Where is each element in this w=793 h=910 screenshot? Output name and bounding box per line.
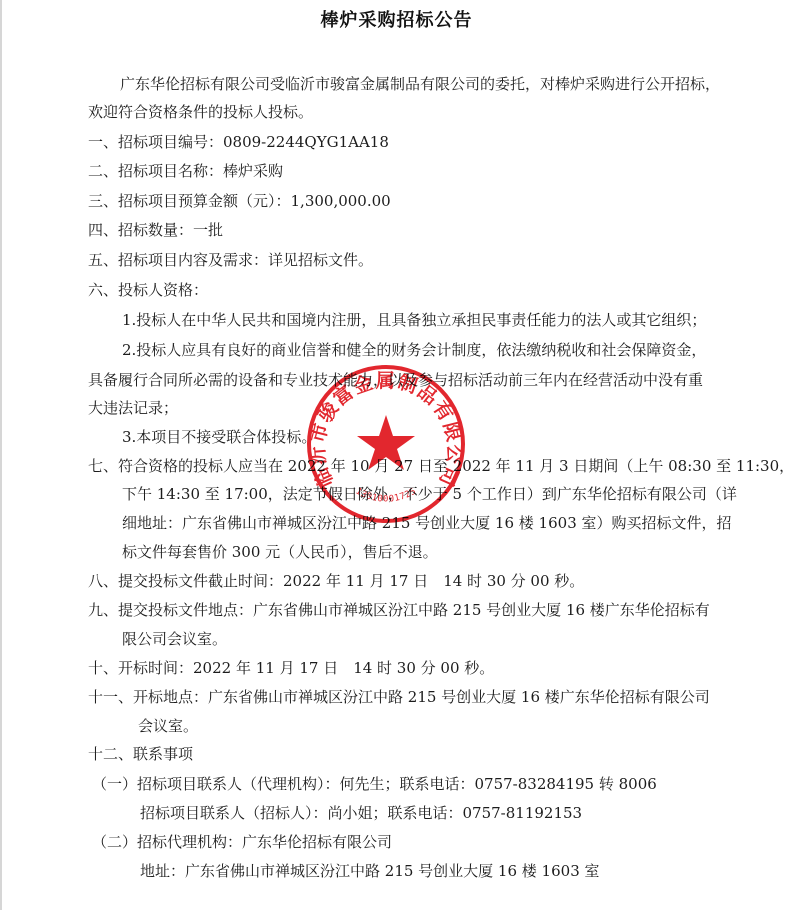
qualification-item-2-line-3: 大违法记录； bbox=[88, 398, 178, 418]
section-2-project-name: 二、招标项目名称：棒炉采购 bbox=[88, 161, 283, 181]
qualification-item-2-line-1: 2.投标人应具有良好的商业信誉和健全的财务会计制度，依法缴纳税收和社会保障资金， bbox=[122, 340, 706, 360]
section-7-line-1: 七、符合资格的投标人应当在 2022 年 10 月 27 日至 2022 年 1… bbox=[88, 456, 793, 476]
section-11-opening-location-line-2: 会议室。 bbox=[138, 716, 198, 736]
qualification-item-1: 1.投标人在中华人民共和国境内注册，且具备独立承担民事责任能力的法人或其它组织； bbox=[122, 310, 706, 330]
section-7-line-3: 细地址：广东省佛山市禅城区汾江中路 215 号创业大厦 16 楼 1603 室）… bbox=[122, 513, 732, 533]
contact-address: 地址：广东省佛山市禅城区汾江中路 215 号创业大厦 16 楼 1603 室 bbox=[140, 861, 600, 881]
intro-line-1: 广东华伦招标有限公司受临沂市骏富金属制品有限公司的委托，对棒炉采购进行公开招标， bbox=[120, 74, 720, 94]
section-5-content: 五、招标项目内容及需求：详见招标文件。 bbox=[88, 250, 373, 270]
section-9-location-line-1: 九、提交投标文件地点：广东省佛山市禅城区汾江中路 215 号创业大厦 16 楼广… bbox=[88, 600, 710, 620]
intro-line-2: 欢迎符合资格条件的投标人投标。 bbox=[88, 102, 313, 122]
section-3-budget: 三、招标项目预算金额（元）：1,300,000.00 bbox=[88, 191, 391, 211]
contact-tenderer: 招标项目联系人（招标人）：尚小姐；联系电话：0757-81192153 bbox=[140, 803, 582, 823]
section-10-opening-time: 十、开标时间：2022 年 11 月 17 日 14 时 30 分 00 秒。 bbox=[88, 658, 494, 678]
section-8-deadline: 八、提交投标文件截止时间：2022 年 11 月 17 日 14 时 30 分 … bbox=[88, 571, 584, 591]
contact-agency: （二）招标代理机构：广东华伦招标有限公司 bbox=[92, 832, 392, 852]
document-title: 棒炉采购招标公告 bbox=[0, 6, 793, 32]
section-1-project-number: 一、招标项目编号：0809-2244QYG1AA18 bbox=[88, 132, 389, 152]
qualification-item-3: 3.本项目不接受联合体投标。 bbox=[122, 427, 316, 447]
contact-agent: （一）招标项目联系人（代理机构）：何先生；联系电话：0757-83284195 … bbox=[92, 774, 657, 794]
section-9-location-line-2: 限公司会议室。 bbox=[122, 629, 227, 649]
section-7-line-4: 标文件每套售价 300 元（人民币），售后不退。 bbox=[122, 542, 438, 562]
section-11-opening-location-line-1: 十一、开标地点：广东省佛山市禅城区汾江中路 215 号创业大厦 16 楼广东华伦… bbox=[88, 687, 710, 707]
section-6-qualification: 六、投标人资格： bbox=[88, 280, 208, 300]
qualification-item-2-line-2: 具备履行合同所必需的设备和专业技术能力，以及参与招标活动前三年内在经营活动中没有… bbox=[88, 370, 703, 390]
page-edge bbox=[0, 0, 2, 910]
section-12-contacts: 十二、联系事项 bbox=[88, 744, 193, 764]
section-4-quantity: 四、招标数量：一批 bbox=[88, 220, 223, 240]
section-7-line-2: 下午 14:30 至 17:00，法定节假日除外，不少于 5 个工作日）到广东华… bbox=[122, 484, 737, 504]
